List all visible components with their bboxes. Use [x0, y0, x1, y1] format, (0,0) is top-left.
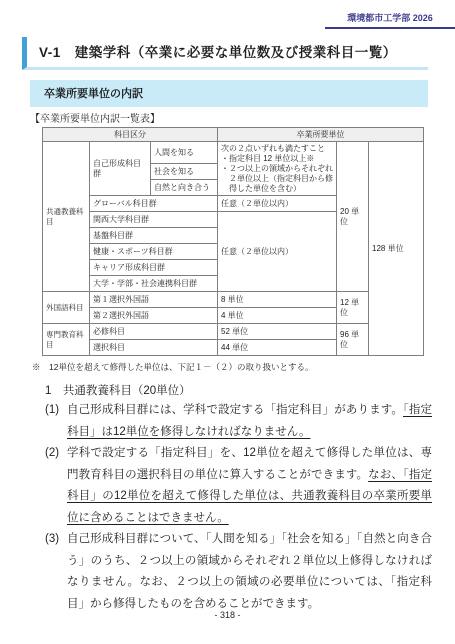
cell-group-kansai: 関西大学科目群 — [90, 212, 218, 228]
cell-group-health-sports: 健康・スポーツ科目群 — [90, 244, 218, 260]
cell-domain-nature: 自然と向き合う — [151, 180, 218, 196]
cell-global-group: グローバル科目群 — [90, 196, 218, 212]
cell-domain-society: 社会を知る — [151, 164, 218, 180]
cell-major-elective-units: 44 単位 — [218, 340, 337, 356]
page-number: - 318 - — [0, 610, 455, 620]
cell-group-collab: 大学・学部・社会連携科目群 — [90, 276, 218, 292]
cell-foreign-lang2: 第２選択外国語 — [90, 308, 218, 324]
cell-common-subtotal: 20 単位 — [337, 142, 369, 292]
note-number: (1) — [45, 400, 67, 443]
note-text: 自己形成科目群について、「人間を知る」「社会を知る」「自然と向き合う」のうち、２… — [67, 529, 432, 615]
notes-section: 1 共通教養科目（20単位） (1) 自己形成科目群には、学科で設定する「指定科… — [45, 382, 432, 615]
note-text: 学科で設定する「指定科目」を、12単位を超えて修得した単位は、専門教育科目の選択… — [67, 443, 432, 529]
cell-other-condition: 任意（２単位以内） — [218, 212, 337, 292]
note-number: (3) — [45, 529, 67, 615]
cell-foreign-name: 外国語科目 — [43, 292, 90, 324]
table-row: 外国語科目 第１選択外国語 8 単位 12 単位 — [43, 292, 424, 308]
note-text: 自己形成科目群には、学科で設定する「指定科目」があります。「指定科目」は12単位… — [67, 400, 432, 443]
cell-foreign-lang1-units: 8 単位 — [218, 292, 337, 308]
cell-group-foundation: 基盤科目群 — [90, 228, 218, 244]
header-units: 卒業所要単位 — [218, 128, 424, 142]
cell-self-formation: 自己形成科目群 — [90, 142, 151, 196]
cell-major-required: 必修科目 — [90, 324, 218, 340]
units-table: 科目区分 卒業所要単位 共通教養科目 自己形成科目群 人間を知る 次の２点いずれ… — [42, 127, 424, 356]
section-heading: 卒業所要単位の内訳 — [30, 80, 428, 107]
document-page: { "page": { "header_right": "環境都市工学部 202… — [0, 0, 455, 644]
cell-major-elective: 選択科目 — [90, 340, 218, 356]
cell-foreign-lang2-units: 4 単位 — [218, 308, 337, 324]
table-caption: 【卒業所要単位内訳一覧表】 — [30, 110, 160, 125]
cell-group-career: キャリア形成科目群 — [90, 260, 218, 276]
cell-major-subtotal: 96 単位 — [337, 324, 369, 356]
cell-self-formation-condition: 次の２点いずれも満たすこと ・指定科目 12 単位以上※ ・２つ以上の領域からそ… — [218, 142, 337, 196]
faculty-year-label: 環境都市工学部 2026 — [325, 11, 455, 29]
note-item-1: (1) 自己形成科目群には、学科で設定する「指定科目」があります。「指定科目」は… — [45, 400, 432, 443]
note-item-2: (2) 学科で設定する「指定科目」を、12単位を超えて修得した単位は、専門教育科… — [45, 443, 432, 529]
table-header-row: 科目区分 卒業所要単位 — [43, 128, 424, 142]
page-title: V-1 建築学科（卒業に必要な単位数及び授業科目一覧） — [22, 37, 428, 70]
note-item-3: (3) 自己形成科目群について、「人間を知る」「社会を知る」「自然と向き合う」の… — [45, 529, 432, 615]
cell-foreign-lang1: 第１選択外国語 — [90, 292, 218, 308]
table-footnote: ※ 12単位を超えて修得した単位は、下記１－（２）の取り扱いとする。 — [32, 361, 313, 373]
cell-common-name: 共通教養科目 — [43, 142, 90, 292]
table-row: 共通教養科目 自己形成科目群 人間を知る 次の２点いずれも満たすこと ・指定科目… — [43, 142, 424, 164]
table-row: 専門教育科目 必修科目 52 単位 96 単位 — [43, 324, 424, 340]
header-category: 科目区分 — [43, 128, 218, 142]
cell-major-required-units: 52 単位 — [218, 324, 337, 340]
cell-major-name: 専門教育科目 — [43, 324, 90, 356]
note-number: (2) — [45, 443, 67, 529]
cell-global-condition: 任意（２単位以内） — [218, 196, 337, 212]
cell-total-units: 128 単位 — [369, 142, 424, 356]
cell-domain-human: 人間を知る — [151, 142, 218, 164]
notes-heading: 1 共通教養科目（20単位） — [45, 382, 432, 398]
cell-foreign-subtotal: 12 単位 — [337, 292, 369, 324]
